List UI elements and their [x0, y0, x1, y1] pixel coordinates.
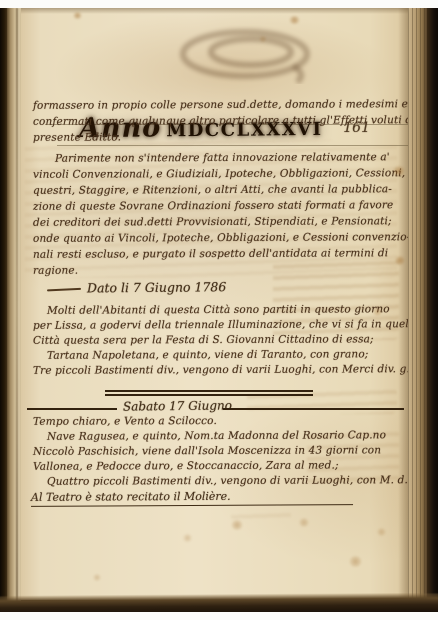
text-line: Tempo chiaro, e Vento a Scilocco.	[33, 413, 402, 430]
stain	[349, 556, 362, 567]
divider-line	[105, 390, 313, 392]
text-line: dei creditori dei sud.detti Provvisionat…	[33, 213, 402, 231]
text-line: zione di queste Sovrane Ordinazioni foss…	[33, 197, 402, 215]
stain	[395, 256, 405, 265]
text-line: Molti dell'Abitanti di questa Città sono…	[33, 302, 402, 319]
text-line: Vallonea, e Pedocce duro, e Stoccanaccio…	[33, 458, 402, 475]
text-line: Nave Ragusea, e quinto, Nom.ta Madonna d…	[33, 428, 402, 445]
book-binding-left	[0, 8, 7, 612]
section-divider	[105, 390, 313, 396]
text-line: per Lissa, a godervi della triennale Ill…	[33, 317, 402, 334]
text-line: formassero in propio colle persone sud.d…	[33, 96, 402, 114]
page-gutter-strip	[7, 8, 21, 612]
text-line: questri, Staggire, e Ritenzioni, o altri…	[33, 181, 402, 199]
date-line: Dato li 7 Giugno 1786	[47, 279, 226, 296]
stain	[73, 12, 82, 19]
text-line: Quattro piccoli Bastimenti div., vengono…	[33, 473, 402, 490]
text-line: nali resti escluso, e purgato il sospett…	[33, 245, 402, 263]
text-line: onde quanto ai Vincoli, Ipoteche, Obblig…	[33, 229, 402, 247]
stain	[299, 518, 309, 527]
text-line: ragione.	[33, 261, 402, 279]
page-header: Anno MDCCLXXXVI 161	[21, 58, 408, 102]
book-photo: Anno MDCCLXXXVI 161 formassero in propio…	[0, 8, 438, 612]
text-line: confermati come qualunque altro particol…	[33, 112, 402, 130]
paragraph: Molti dell'Abitanti di questa Città sono…	[33, 303, 402, 378]
book-edge-right	[427, 8, 438, 612]
text-line: presente Editto.	[33, 128, 402, 146]
divider-line	[105, 394, 313, 396]
pen-flourish	[47, 287, 81, 290]
text-line: Parimente non s'intendere fatta innovazi…	[33, 149, 402, 167]
text-line: Tre piccoli Bastimenti div., vengono di …	[33, 362, 402, 379]
manuscript-page: Anno MDCCLXXXVI 161 formassero in propio…	[21, 8, 408, 600]
date-text: Dato li 7 Giugno 1786	[87, 279, 226, 295]
stain	[377, 528, 386, 536]
header-rule-left	[27, 408, 117, 410]
underlined-closing-line: Al Teatro è stato recitato il Molière.	[31, 489, 353, 507]
gutter-crease-line	[16, 8, 18, 612]
paragraph: formassero in propio colle persone sud.d…	[33, 97, 402, 145]
stain	[289, 16, 300, 24]
book-edge-bottom	[0, 592, 438, 612]
stain	[259, 36, 267, 42]
text-line: vincoli Convenzionali, e Giudiziali, Ipo…	[33, 165, 402, 183]
header-rule-right	[223, 408, 404, 410]
paragraph: Tempo chiaro, e Vento a Scilocco. Nave R…	[33, 414, 402, 489]
paragraph: Parimente non s'intendere fatta innovazi…	[33, 150, 402, 278]
page-edge-stack	[408, 8, 427, 612]
stain	[93, 574, 101, 581]
stain	[373, 308, 382, 316]
text-line: Città questa sera per la Festa di S. Gio…	[33, 332, 402, 349]
text-line: Tartana Napoletana, e quinto, viene di T…	[33, 347, 402, 364]
stain	[183, 534, 192, 542]
stain	[231, 520, 243, 530]
text-line: Niccolò Paschisich, viene dall'Isola Mos…	[33, 443, 402, 460]
stain	[393, 166, 405, 176]
section-header: Sabato 17 Giugno	[123, 398, 232, 413]
